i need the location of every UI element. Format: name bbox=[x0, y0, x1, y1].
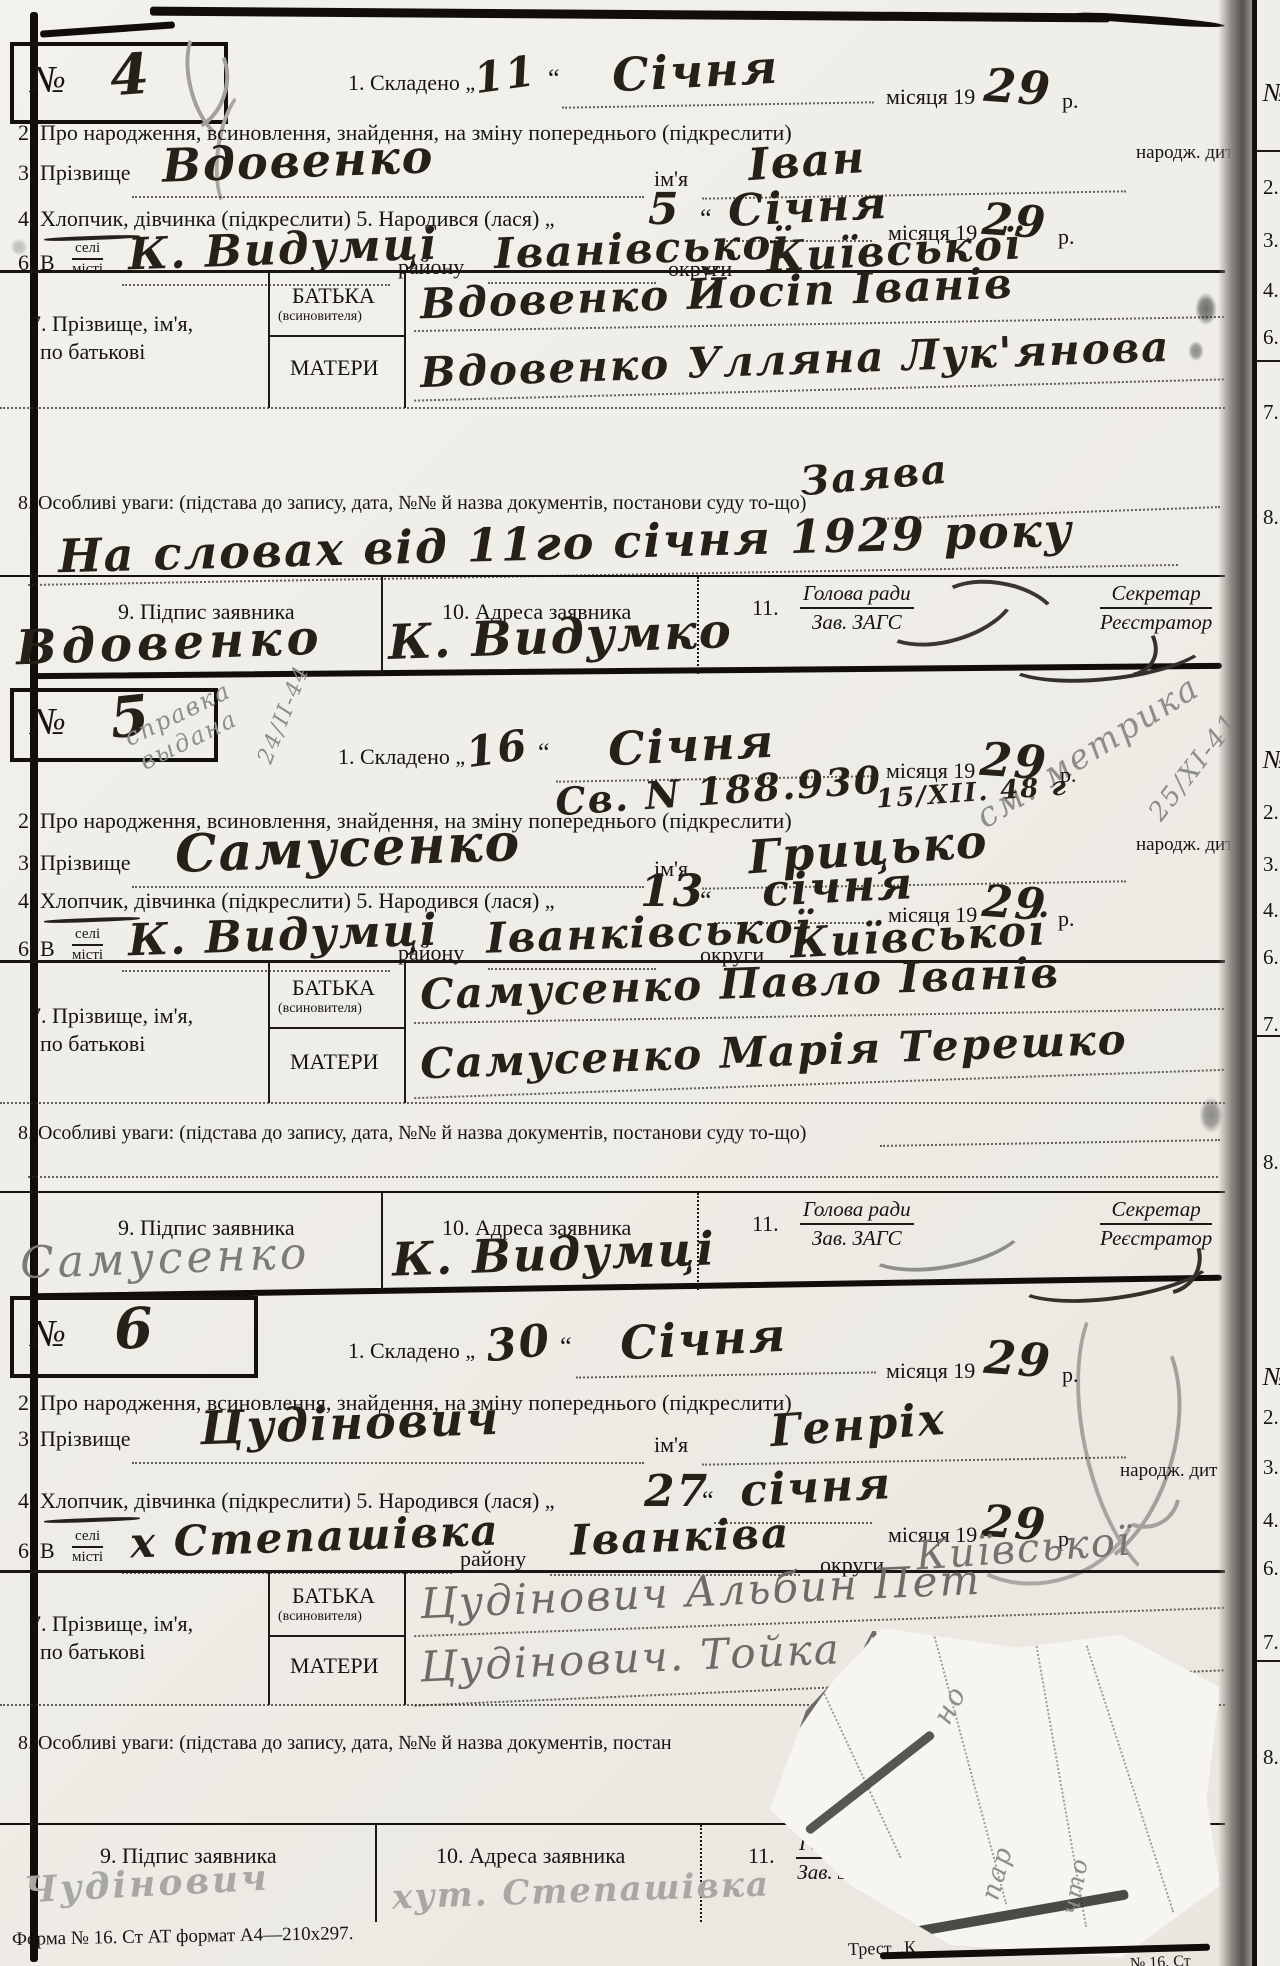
quote-mark: “ bbox=[560, 1332, 572, 1362]
place-value: х Степашівка bbox=[129, 1506, 500, 1568]
month-19-label: місяця 19 bbox=[886, 1358, 975, 1384]
record-number-symbol: № bbox=[30, 700, 66, 744]
torn-fragment-text: что bbox=[1056, 1855, 1094, 1917]
month-19-label: місяця 19 bbox=[886, 84, 975, 110]
composed-label: 1. Складено „ bbox=[348, 1338, 475, 1364]
applicant-address: К. Видумці bbox=[391, 1221, 717, 1286]
pencil-note-date: 24/ІІ-44 bbox=[253, 662, 315, 768]
rayon-value: Іванківа bbox=[569, 1508, 791, 1565]
page-gutter-shadow bbox=[1218, 0, 1252, 1966]
label-column-divider bbox=[268, 335, 404, 337]
applicant-signature: Самусенко bbox=[19, 1228, 311, 1289]
parents-box-divider bbox=[404, 963, 406, 1103]
dotted-line bbox=[576, 1371, 876, 1378]
surname-label: 3. Прізвище bbox=[18, 1426, 131, 1452]
footer-divider bbox=[381, 577, 383, 674]
parents-box-divider bbox=[268, 963, 270, 1103]
mother-label: МАТЕРИ bbox=[290, 1653, 379, 1679]
composed-day: 30 bbox=[484, 1315, 554, 1373]
father-label: БАТЬКА bbox=[292, 1583, 375, 1609]
in-label: 6. В bbox=[18, 936, 55, 962]
footer-divider bbox=[381, 1193, 383, 1290]
quote-mark: “ bbox=[548, 64, 560, 94]
edge-rule bbox=[1257, 1035, 1280, 1037]
record-number-box: № 6 bbox=[10, 1296, 258, 1378]
line7a-label: 7. Прізвище, ім'я, bbox=[30, 1003, 193, 1029]
edge-mark: 8. bbox=[1263, 505, 1279, 530]
record-number-value: 4 bbox=[108, 41, 153, 110]
seli-label: селі bbox=[72, 240, 103, 260]
dotted-line bbox=[132, 196, 644, 198]
boy-underline-ink bbox=[44, 1516, 140, 1523]
year-suffix: р. bbox=[1062, 1362, 1079, 1388]
edge-mark: 2. bbox=[1263, 175, 1279, 200]
mother-label: МАТЕРИ bbox=[290, 1049, 379, 1075]
item11-label: 11. bbox=[752, 1211, 779, 1237]
father-sub-label: (всиновителя) bbox=[278, 309, 362, 325]
edge-mark: 8. bbox=[1263, 1745, 1279, 1770]
top-border-right-segment bbox=[1075, 11, 1225, 29]
line8-label: 8. Особливі уваги: (підстава до запису, … bbox=[18, 492, 806, 515]
seli-label: селі bbox=[72, 926, 103, 946]
dotted-line bbox=[880, 1139, 1220, 1147]
dotted-line bbox=[0, 407, 1225, 409]
dotted-line bbox=[562, 101, 874, 108]
applicant-address: К. Видумко bbox=[387, 603, 734, 671]
father-sub-label: (всиновителя) bbox=[278, 1609, 362, 1625]
edge-mark: 4. bbox=[1263, 278, 1279, 303]
surname-value: Самусенко bbox=[174, 812, 522, 885]
parents-box: 7. Прізвище, ім'я, по батькові БАТЬКА (в… bbox=[0, 960, 1225, 1103]
father-sub-label: (всиновителя) bbox=[278, 1001, 362, 1017]
applicant-address: хут. Степашівка bbox=[391, 1864, 770, 1917]
father-label: БАТЬКА bbox=[292, 283, 375, 309]
year-value: 29 bbox=[982, 1330, 1054, 1389]
edge-mark: 7. bbox=[1263, 1630, 1279, 1655]
edge-mark: 4. bbox=[1263, 1508, 1279, 1533]
seli-label: селі bbox=[72, 1528, 103, 1548]
signature-footer: 9. Підпис заявника 10. Адреса заявника 1… bbox=[0, 575, 1225, 674]
record-number-value: 6 bbox=[112, 1295, 156, 1363]
edge-mark: 3. bbox=[1263, 228, 1279, 253]
record-number-symbol: № bbox=[30, 58, 66, 102]
composed-label: 1. Складено „ bbox=[348, 70, 475, 96]
footer-divider bbox=[375, 1825, 377, 1922]
name-label: ім'я bbox=[654, 1432, 688, 1458]
father-name-value: Вдовенко Йосіп Іванів bbox=[419, 259, 1014, 329]
record-6: № 6 1. Складено „ 30 “ Січня місяця 19 2… bbox=[0, 1288, 1225, 1966]
composed-day: 16 bbox=[463, 720, 532, 777]
surname-value: Вдовенко bbox=[161, 129, 435, 192]
line7b-label: по батькові bbox=[40, 1031, 145, 1057]
torn-fragment-text: но bbox=[926, 1679, 974, 1729]
seli-misti-fraction: селі місті bbox=[72, 926, 103, 964]
parents-box-divider bbox=[268, 273, 270, 408]
year-suffix: р. bbox=[1062, 88, 1079, 114]
parents-box-divider bbox=[268, 1573, 270, 1705]
year-suffix: р. bbox=[1058, 224, 1075, 250]
parents-box-divider bbox=[404, 1573, 406, 1705]
composed-label: 1. Складено „ bbox=[338, 744, 465, 770]
edge-mark: 6. bbox=[1263, 945, 1279, 970]
signature-footer: 9. Підпис заявника 10. Адреса заявника 1… bbox=[0, 1191, 1225, 1290]
birth-margin-note: народж. дит bbox=[1120, 1460, 1218, 1482]
mother-label: МАТЕРИ bbox=[290, 355, 379, 381]
fold-shadow bbox=[804, 1730, 936, 1836]
quote-mark: “ bbox=[538, 738, 550, 768]
line7b-label: по батькові bbox=[40, 1639, 145, 1665]
edge-mark: № bbox=[1263, 1362, 1280, 1392]
seli-misti-fraction: селі місті bbox=[72, 1528, 103, 1566]
torn-dotted-line bbox=[1086, 1646, 1174, 1913]
edge-rule bbox=[1257, 360, 1280, 362]
given-name-value: Генріх bbox=[768, 1394, 947, 1457]
edge-mark: 2. bbox=[1263, 800, 1279, 825]
composed-day: 11 bbox=[471, 46, 540, 103]
edge-mark: 7. bbox=[1263, 400, 1279, 425]
line7a-label: 7. Прізвище, ім'я, bbox=[30, 311, 193, 337]
address-label: 10. Адреса заявника bbox=[436, 1843, 625, 1869]
record-number-symbol: № bbox=[30, 1312, 66, 1356]
edge-rule bbox=[1257, 1660, 1280, 1662]
year-suffix: р. bbox=[1058, 906, 1075, 932]
year-value: 29 bbox=[982, 58, 1054, 117]
edge-mark: 2. bbox=[1263, 1405, 1279, 1430]
boy-underline-ink bbox=[44, 916, 140, 923]
composed-month: Січня bbox=[619, 1308, 789, 1371]
edge-mark: 3. bbox=[1263, 1455, 1279, 1480]
rayon-value: Іванківської bbox=[485, 902, 813, 962]
label-column-divider bbox=[268, 1635, 404, 1637]
parents-box: 7. Прізвище, ім'я, по батькові БАТЬКА (в… bbox=[0, 270, 1225, 408]
line8-label-truncated: 8. Особливі уваги: (підстава до запису, … bbox=[18, 1732, 672, 1755]
edge-mark: 3. bbox=[1263, 852, 1279, 877]
scanned-register-page: № 4 1. Складено „ 11 “ Січня місяця 19 2… bbox=[0, 0, 1280, 1966]
line7b-label: по батькові bbox=[40, 339, 145, 365]
surname-label: 3. Прізвище bbox=[18, 850, 131, 876]
top-border-line bbox=[150, 7, 1110, 23]
in-label: 6. В bbox=[18, 1538, 55, 1564]
edge-mark: 6. bbox=[1263, 1556, 1279, 1581]
line8-label: 8. Особливі уваги: (підстава до запису, … bbox=[18, 1122, 806, 1145]
remark-word-value: Заява bbox=[798, 446, 950, 506]
edge-mark: 4. bbox=[1263, 898, 1279, 923]
item11-label: 11. bbox=[752, 595, 779, 621]
place-value: К. Видумці bbox=[127, 905, 439, 967]
applicant-signature: Чудінович bbox=[23, 1857, 271, 1912]
edge-mark: 7. bbox=[1263, 1012, 1279, 1037]
dotted-line bbox=[28, 1176, 1218, 1178]
father-label: БАТЬКА bbox=[292, 975, 375, 1001]
edge-rule bbox=[1257, 150, 1280, 152]
edge-mark: 6. bbox=[1263, 325, 1279, 350]
underlying-page-fragment: № 16. Ст bbox=[1130, 1952, 1192, 1966]
surname-value: Цудінович bbox=[199, 1391, 501, 1455]
dotted-line bbox=[0, 1102, 1225, 1104]
adjacent-page-edge: № 2. 3. 4. 6. 7. 8. № 2. 3. 4. 6. 7. 8. … bbox=[1252, 0, 1280, 1966]
edge-mark: № bbox=[1263, 78, 1280, 108]
torn-fragment-text: пар bbox=[975, 1842, 1019, 1903]
edge-mark: № bbox=[1263, 745, 1280, 775]
mother-name-value: Вдовенко Улляна Лук'янова bbox=[419, 322, 1171, 397]
label-column-divider bbox=[268, 1027, 404, 1029]
line7a-label: 7. Прізвище, ім'я, bbox=[30, 1611, 193, 1637]
rayon-label: району bbox=[460, 1546, 526, 1572]
birth-day-value: 27 bbox=[644, 1466, 709, 1517]
surname-label: 3. Прізвище bbox=[18, 160, 131, 186]
composed-month: Січня bbox=[611, 40, 781, 103]
form-footer-text: Форма № 16. Ст АТ формат А4—210х297. bbox=[12, 1923, 354, 1951]
parents-box-divider bbox=[404, 273, 406, 408]
record-5: № 5 справка выдана 24/ІІ-44 см. метрика … bbox=[0, 672, 1225, 1288]
edge-mark: 8. bbox=[1263, 1150, 1279, 1175]
dotted-line bbox=[132, 1462, 644, 1464]
applicant-signature: Вдовенко bbox=[15, 610, 324, 677]
record-4: № 4 1. Складено „ 11 “ Січня місяця 19 2… bbox=[0, 30, 1225, 672]
misti-label: місті bbox=[72, 1548, 103, 1566]
fold-shadow bbox=[891, 1889, 1129, 1941]
